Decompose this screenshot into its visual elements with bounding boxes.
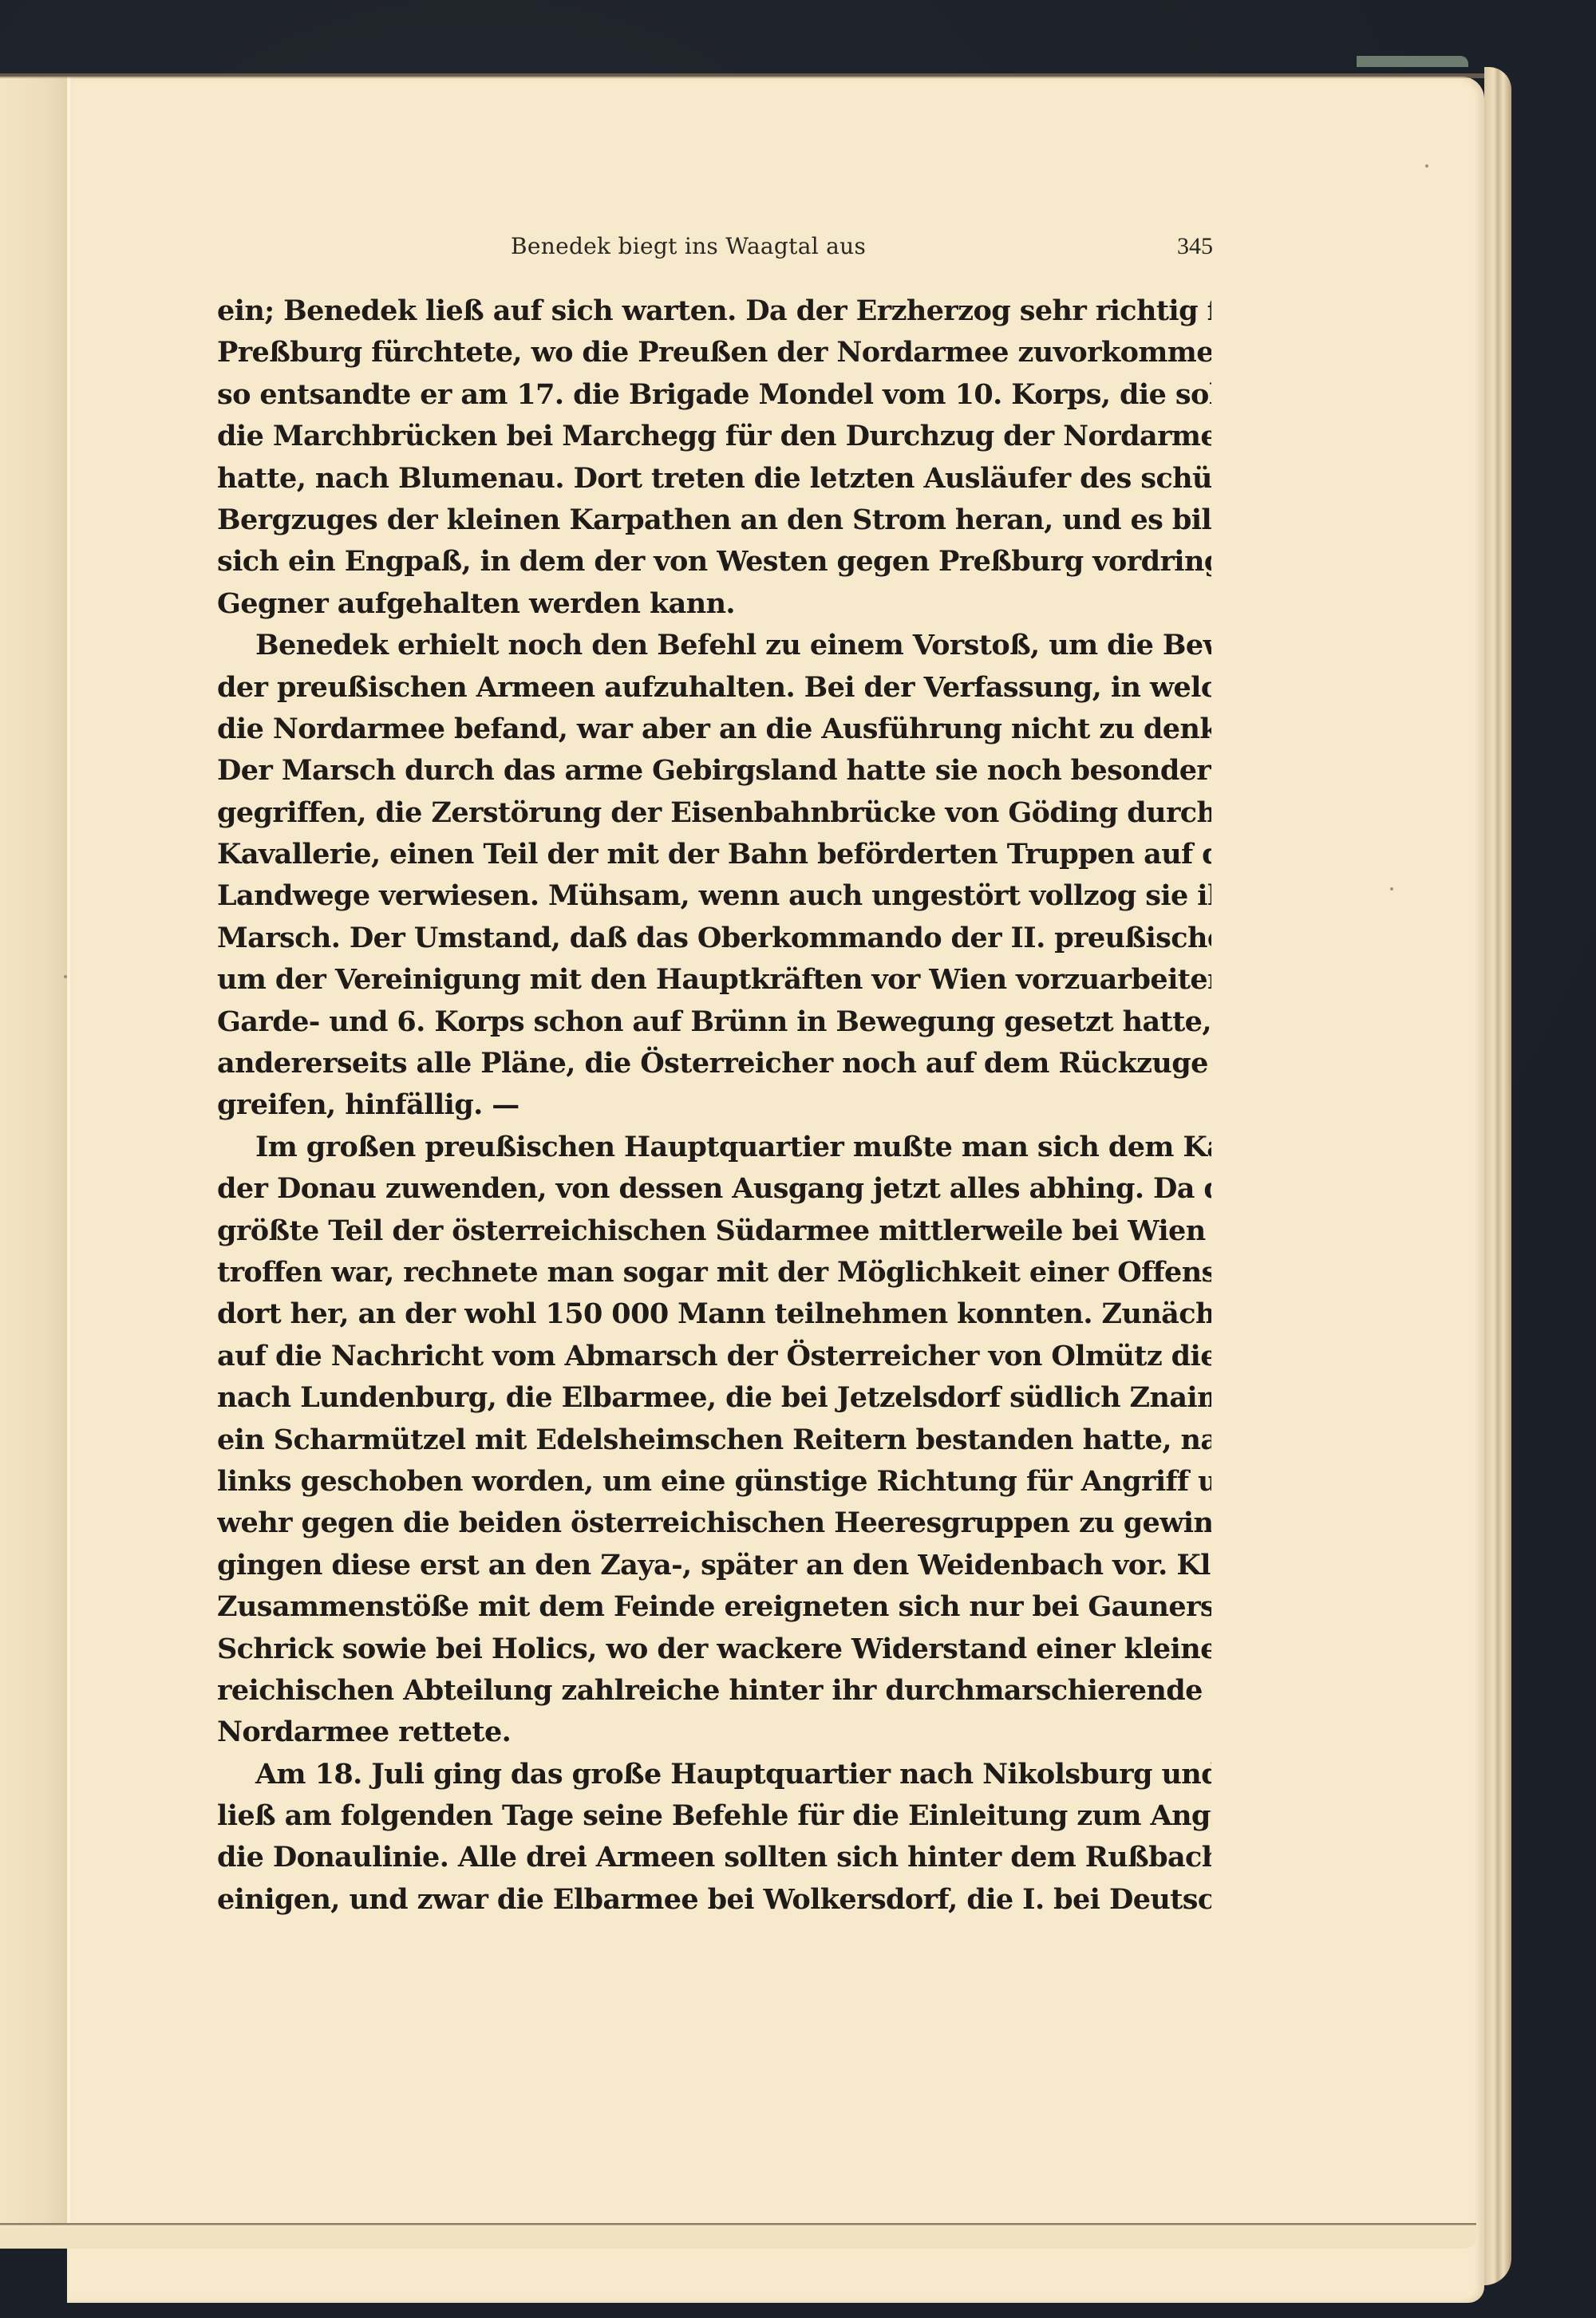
page-top-edge — [0, 73, 1484, 78]
text-line: ein; Benedek ließ auf sich warten. Da de… — [217, 290, 1211, 332]
text-line: hatte, nach Blumenau. Dort treten die le… — [217, 458, 1211, 500]
text-line: die Donaulinie. Alle drei Armeen sollten… — [217, 1837, 1211, 1878]
text-line: Benedek erhielt noch den Befehl zu einem… — [217, 625, 1211, 666]
text-line: Garde- und 6. Korps schon auf Brünn in B… — [217, 1001, 1211, 1043]
page-number: 345 — [1177, 233, 1213, 260]
text-line: auf die Nachricht vom Abmarsch der Öster… — [217, 1336, 1211, 1377]
text-line: Der Marsch durch das arme Gebirgsland ha… — [217, 750, 1211, 792]
text-line: Zusammenstöße mit dem Feinde ereigneten … — [217, 1586, 1211, 1628]
text-line: nach Lundenburg, die Elbarmee, die bei J… — [217, 1377, 1211, 1419]
text-line: so entsandte er am 17. die Brigade Monde… — [217, 374, 1211, 416]
text-line: dort her, an der wohl 150 000 Mann teiln… — [217, 1293, 1211, 1335]
text-line: der Donau zuwenden, von dessen Ausgang j… — [217, 1168, 1211, 1210]
text-line: wehr gegen die beiden österreichischen H… — [217, 1503, 1211, 1544]
left-facing-page — [0, 77, 69, 2231]
text-line: andererseits alle Pläne, die Österreiche… — [217, 1043, 1211, 1084]
text-line: einigen, und zwar die Elbarmee bei Wolke… — [217, 1879, 1211, 1921]
spine-fold — [67, 77, 72, 2231]
paper-speck — [64, 975, 67, 978]
paper-speck — [1390, 887, 1393, 890]
text-line: ließ am folgenden Tage seine Befehle für… — [217, 1795, 1211, 1837]
page-bottom-edge — [0, 2223, 1476, 2249]
text-line: Im großen preußischen Hauptquartier mußt… — [217, 1127, 1211, 1168]
text-line: um der Vereinigung mit den Hauptkräften … — [217, 959, 1211, 1001]
text-line: troffen war, rechnete man sogar mit der … — [217, 1252, 1211, 1293]
text-line: gingen diese erst an den Zaya-, später a… — [217, 1545, 1211, 1586]
text-line: greifen, hinfällig. — — [217, 1084, 1211, 1126]
stacked-page-edges — [1484, 67, 1511, 2285]
text-line: Bergzuges der kleinen Karpathen an den S… — [217, 500, 1211, 541]
text-line: ein Scharmützel mit Edelsheimschen Reite… — [217, 1420, 1211, 1461]
text-line: Am 18. Juli ging das große Hauptquartier… — [217, 1754, 1211, 1795]
page-edge-tint — [1357, 56, 1468, 67]
text-line: die Marchbrücken bei Marchegg für den Du… — [217, 416, 1211, 457]
text-line: links geschoben worden, um eine günstige… — [217, 1461, 1211, 1503]
text-line: sich ein Engpaß, in dem der von Westen g… — [217, 541, 1211, 582]
text-line: Nordarmee rettete. — [217, 1712, 1211, 1753]
text-line: größte Teil der österreichischen Südarme… — [217, 1210, 1211, 1252]
text-line: der preußischen Armeen aufzuhalten. Bei … — [217, 667, 1211, 709]
text-line: gegriffen, die Zerstörung der Eisenbahnb… — [217, 792, 1211, 834]
paper-speck — [1425, 164, 1428, 168]
running-title: Benedek biegt ins Waagtal aus — [511, 233, 866, 259]
text-line: Landwege verwiesen. Mühsam, wenn auch un… — [217, 875, 1211, 917]
text-line: die Nordarmee befand, war aber an die Au… — [217, 709, 1211, 750]
text-line: Gegner aufgehalten werden kann. — [217, 583, 1211, 625]
text-line: Preßburg fürchtete, wo die Preußen der N… — [217, 332, 1211, 373]
text-line: Kavallerie, einen Teil der mit der Bahn … — [217, 834, 1211, 875]
body-text: ein; Benedek ließ auf sich warten. Da de… — [217, 290, 1211, 1921]
text-line: reichischen Abteilung zahlreiche hinter … — [217, 1670, 1211, 1712]
text-line: Marsch. Der Umstand, daß das Oberkommand… — [217, 918, 1211, 959]
running-header: Benedek biegt ins Waagtal aus 345 — [511, 233, 1213, 268]
text-line: Schrick sowie bei Holics, wo der wackere… — [217, 1629, 1211, 1670]
